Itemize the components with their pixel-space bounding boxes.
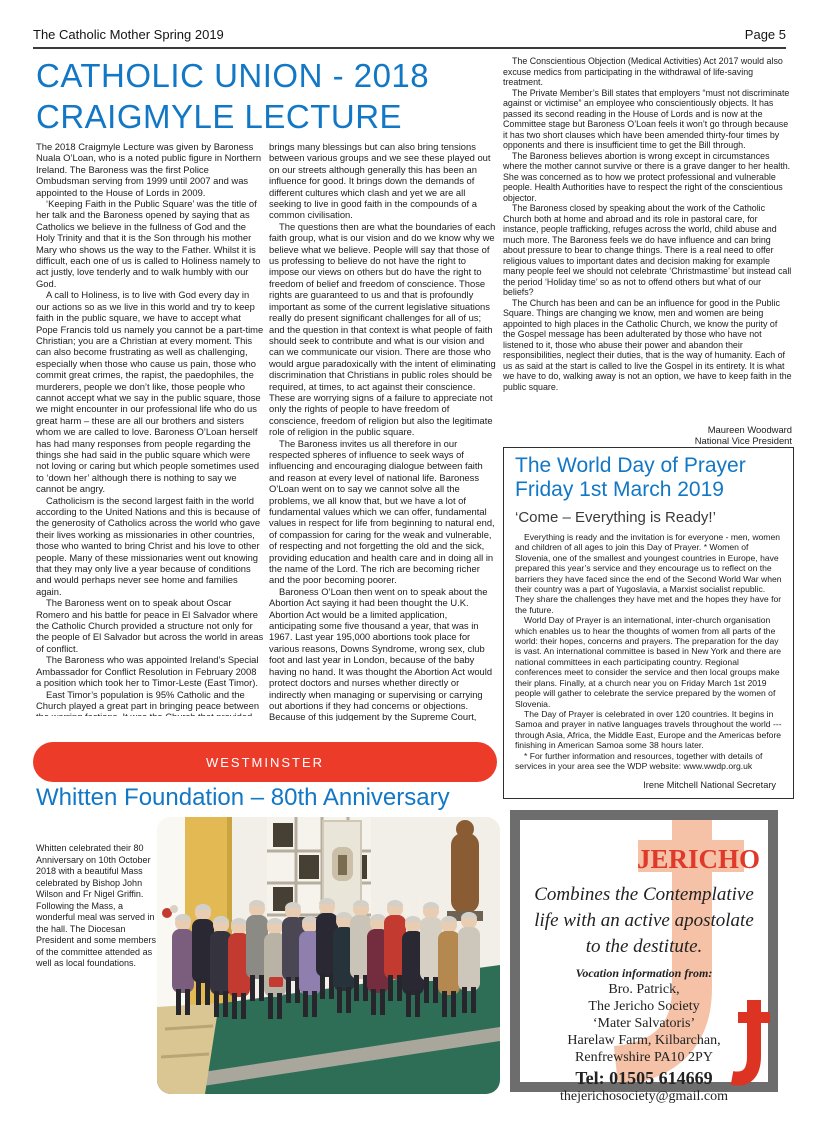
- lecture-headline-line2: CRAIGMYLE LECTURE: [36, 96, 498, 137]
- lecture-column-3-text: The Conscientious Objection (Medical Act…: [503, 56, 792, 424]
- paragraph: A call to Holiness, is to live with God …: [36, 289, 264, 494]
- wdp-title-line1: The World Day of Prayer: [515, 454, 782, 478]
- paragraph: The 2018 Craigmyle Lecture was given by …: [36, 141, 264, 198]
- wdp-title: The World Day of Prayer Friday 1st March…: [515, 454, 782, 502]
- signature-name: Maureen Woodward: [503, 424, 792, 435]
- paragraph: The Day of Prayer is celebrated in over …: [515, 709, 782, 751]
- lecture-headline: CATHOLIC UNION - 2018 CRAIGMYLE LECTURE: [36, 55, 498, 137]
- wdp-subtitle: ‘Come – Everything is Ready!’: [515, 509, 782, 526]
- paragraph: The Baroness who was appointed Ireland’s…: [36, 654, 264, 688]
- paragraph: The Private Member’s Bill states that em…: [503, 88, 792, 151]
- lecture-headline-line1: CATHOLIC UNION - 2018: [36, 55, 498, 96]
- paragraph: Catholicism is the second largest faith …: [36, 495, 264, 598]
- paragraph: The Baroness invites us all therefore in…: [269, 438, 497, 586]
- jericho-vocation-label: Vocation information from:: [520, 966, 768, 981]
- lecture-column-1: The 2018 Craigmyle Lecture was given by …: [36, 141, 264, 716]
- westminster-banner: WESTMINSTER: [33, 742, 497, 782]
- paragraph: The Conscientious Objection (Medical Act…: [503, 56, 792, 88]
- group-photo-illustration: [157, 817, 500, 1094]
- paragraph: The Baroness believes abortion is wrong …: [503, 151, 792, 204]
- paragraph: The Church has been and can be an influe…: [503, 298, 792, 393]
- wdp-signature: Irene Mitchell National Secretary: [515, 780, 782, 790]
- jericho-advert: JERICHO Combines the Contemplative life …: [510, 810, 778, 1092]
- lecture-column-3: The Conscientious Objection (Medical Act…: [503, 56, 792, 446]
- jericho-red-j-icon: [724, 994, 776, 1090]
- paragraph: ‘Keeping Faith in the Public Square’ was…: [36, 198, 264, 289]
- signature-role: National Vice President: [503, 435, 792, 446]
- article-signature: Maureen Woodward National Vice President: [503, 424, 792, 446]
- wdp-title-line2: Friday 1st March 2019: [515, 478, 782, 502]
- newsletter-page: The Catholic Mother Spring 2019 Page 5 C…: [0, 0, 819, 1133]
- paragraph: The questions then are what the boundari…: [269, 221, 497, 438]
- paragraph: East Timor’s population is 95% Catholic …: [36, 689, 264, 717]
- paragraph: The Baroness went on to speak about Osca…: [36, 597, 264, 654]
- paragraph: World Day of Prayer is an international,…: [515, 615, 782, 709]
- jericho-tagline: Combines the Contemplative life with an …: [520, 882, 768, 960]
- paragraph: brings many blessings but can also bring…: [269, 141, 497, 221]
- group-photo: [157, 817, 500, 1094]
- paragraph: * For further information and resources,…: [515, 751, 782, 772]
- page-number: Page 5: [745, 27, 786, 42]
- lecture-column-2: brings many blessings but can also bring…: [269, 141, 497, 721]
- header-divider: [33, 47, 786, 49]
- wdp-body: Everything is ready and the invitation i…: [515, 532, 782, 771]
- paragraph: The Baroness closed by speaking about th…: [503, 203, 792, 298]
- paragraph: Everything is ready and the invitation i…: [515, 532, 782, 615]
- paragraph: Baroness O’Loan then went on to speak ab…: [269, 586, 497, 721]
- world-day-of-prayer-box: The World Day of Prayer Friday 1st March…: [503, 447, 794, 799]
- jericho-email: thejerichosociety@gmail.com: [520, 1089, 768, 1105]
- westminster-banner-label: WESTMINSTER: [206, 755, 324, 770]
- masthead-title: The Catholic Mother Spring 2019: [33, 27, 224, 42]
- whitten-body: Whitten celebrated their 80 Anniversary …: [36, 843, 159, 970]
- whitten-headline: Whitten Foundation – 80th Anniversary: [36, 784, 506, 812]
